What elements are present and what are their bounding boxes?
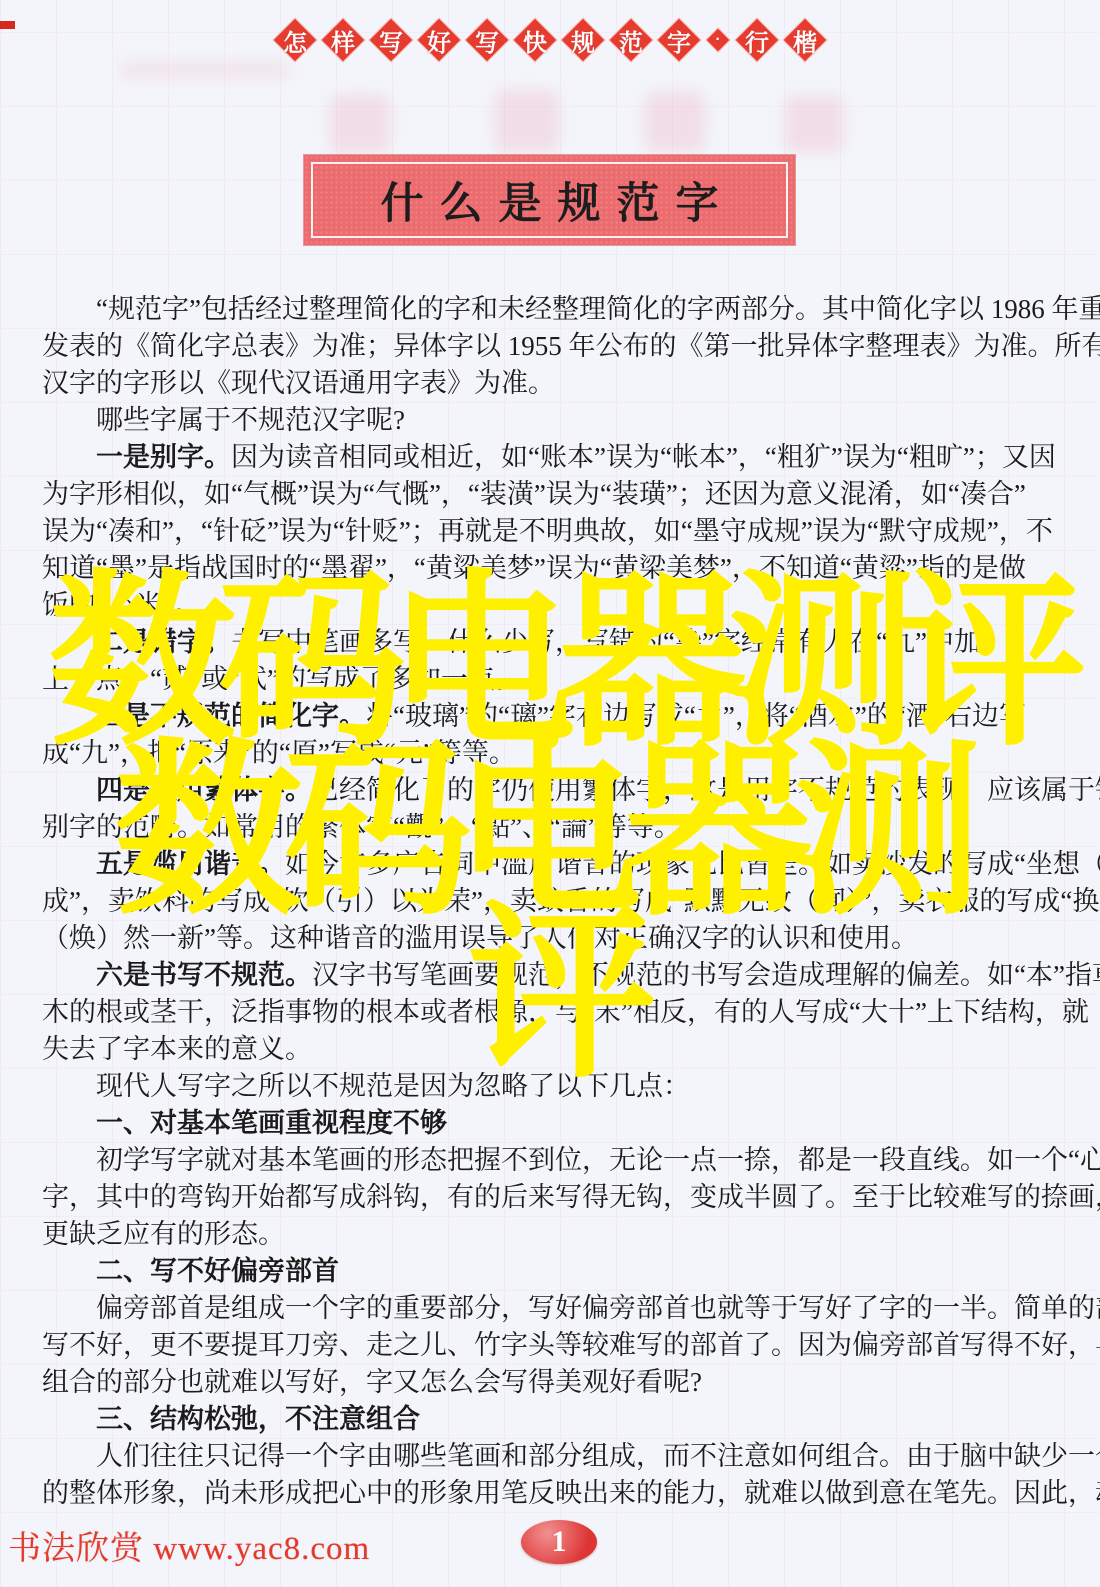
body-text-segment: 汉字的字形以《现代汉语通用字表》为准。 bbox=[42, 368, 555, 398]
title-box: 什么是规范字 bbox=[304, 155, 795, 245]
body-text-segment: 初学写字就对基本笔画的形态把握不到位，无论一点一捺，都是一段直线。如一个“心” bbox=[96, 1145, 1100, 1175]
banner-char: 快 bbox=[512, 17, 558, 63]
footer-site-link[interactable]: 书法欣赏 www.yac8.com bbox=[8, 1522, 370, 1569]
bleed-through-smudge bbox=[785, 96, 843, 152]
body-text-segment: 组合的部分也就难以写好，字又怎么会写得美观好看呢? bbox=[42, 1367, 702, 1397]
banner-diamond: 写 bbox=[368, 17, 414, 63]
body-text-segment: 人们往往只记得一个字由哪些笔画和部分组成，而不注意如何组合。由于脑中缺少一个字 bbox=[96, 1441, 1100, 1471]
header-banner: 怎样写好写快规范字·行楷 bbox=[0, 12, 1100, 68]
bold-lead-text: 三、结构松弛，不注意组合 bbox=[96, 1404, 420, 1434]
banner-char: 怎 bbox=[272, 17, 318, 63]
page-number: 1 bbox=[552, 1525, 567, 1559]
page-number-badge: 1 bbox=[521, 1520, 597, 1564]
text-line: 为字形相似，如“气概”误为“气慨”，“装潢”误为“装璜”；还因为意义混淆，如“凑… bbox=[42, 476, 1058, 513]
body-text-segment: 写不好，更不要提耳刀旁、走之儿、竹字头等较难写的部首了。因为偏旁部首写得不好，与… bbox=[42, 1330, 1100, 1360]
text-line: 一是别字。因为读音相同或相近，如“账本”误为“帐本”，“粗犷”误为“粗旷”；又因 bbox=[42, 439, 1058, 476]
banner-char: 写 bbox=[368, 17, 414, 63]
bold-lead-text: 二、写不好偏旁部首 bbox=[96, 1256, 339, 1286]
bold-lead-text: 六是书写不规范。 bbox=[96, 960, 312, 990]
banner-char: 范 bbox=[608, 17, 654, 63]
banner-diamond: 规 bbox=[560, 17, 606, 63]
text-line: 二、写不好偏旁部首 bbox=[42, 1253, 1058, 1290]
banner-diamond: 好 bbox=[416, 17, 462, 63]
body-text-segment: 失去了字本来的意义。 bbox=[42, 1034, 312, 1064]
bold-lead-text: 一是别字。 bbox=[96, 442, 231, 472]
banner-diamond: 样 bbox=[320, 17, 366, 63]
bold-lead-text: 一、对基本笔画重视程度不够 bbox=[96, 1108, 447, 1138]
text-line: 三、结构松弛，不注意组合 bbox=[42, 1401, 1058, 1438]
body-text-segment: 偏旁部首是组成一个字的重要部分，写好偏旁部首也就等于写好了字的一半。简单的部首 bbox=[96, 1293, 1100, 1323]
body-text-segment: “规范字”包括经过整理简化的字和未经整理简化的字两部分。其中简化字以 1986 … bbox=[96, 294, 1100, 324]
banner-char: 行 bbox=[734, 17, 780, 63]
text-line: 更缺乏应有的形态。 bbox=[42, 1216, 1058, 1253]
body-text-segment: 为字形相似，如“气概”误为“气慨”，“装潢”误为“装璜”；还因为意义混淆，如“凑… bbox=[42, 479, 1026, 509]
text-line: 发表的《简化字总表》为准；异体字以 1955 年公布的《第一批异体字整理表》为准… bbox=[42, 328, 1058, 365]
body-text-segment: 发表的《简化字总表》为准；异体字以 1955 年公布的《第一批异体字整理表》为准… bbox=[42, 331, 1100, 361]
body-text-segment: 更缺乏应有的形态。 bbox=[42, 1219, 285, 1249]
body-text-segment: 误为“凑和”，“针砭”误为“针贬”；再就是不明典故，如“墨守成规”误为“默守成规… bbox=[42, 516, 1053, 546]
text-line: “规范字”包括经过整理简化的字和未经整理简化的字两部分。其中简化字以 1986 … bbox=[42, 291, 1058, 328]
watermark-line-3: 评 bbox=[468, 900, 638, 1088]
bleed-through-smudge bbox=[330, 95, 390, 153]
text-line: 一、对基本笔画重视程度不够 bbox=[42, 1105, 1058, 1142]
banner-diamond: 写 bbox=[464, 17, 510, 63]
text-line: 组合的部分也就难以写好，字又怎么会写得美观好看呢? bbox=[42, 1364, 1058, 1401]
text-line: 哪些字属于不规范汉字呢? bbox=[42, 402, 1058, 439]
banner-char: 样 bbox=[320, 17, 366, 63]
text-line: 写不好，更不要提耳刀旁、走之儿、竹字头等较难写的部首了。因为偏旁部首写得不好，与… bbox=[42, 1327, 1058, 1364]
banner-diamond: 字 bbox=[656, 17, 702, 63]
text-line: 误为“凑和”，“针砭”误为“针贬”；再就是不明典故，如“墨守成规”误为“默守成规… bbox=[42, 513, 1058, 550]
text-line: 汉字的字形以《现代汉语通用字表》为准。 bbox=[42, 365, 1058, 402]
page-title: 什么是规范字 bbox=[365, 170, 735, 231]
banner-char: 规 bbox=[560, 17, 606, 63]
banner-diamond: 怎 bbox=[272, 17, 318, 63]
text-line: 的整体形象，尚未形成把心中的形象用笔反映出来的能力，就难以做到意在笔先。因此，动… bbox=[42, 1475, 1058, 1512]
body-text-segment: 的整体形象，尚未形成把心中的形象用笔反映出来的能力，就难以做到意在笔先。因此，动… bbox=[42, 1478, 1100, 1508]
text-line: 人们往往只记得一个字由哪些笔画和部分组成，而不注意如何组合。由于脑中缺少一个字 bbox=[42, 1438, 1058, 1475]
banner-char: 字 bbox=[656, 17, 702, 63]
banner-diamond: 快 bbox=[512, 17, 558, 63]
body-text-segment: 哪些字属于不规范汉字呢? bbox=[96, 405, 405, 435]
text-line: 字，其中的弯钩开始都写成斜钩，有的后来写得无钩，变成半圆了。至于比较难写的捺画，… bbox=[42, 1179, 1058, 1216]
banner-char: 好 bbox=[416, 17, 462, 63]
text-line: 初学写字就对基本笔画的形态把握不到位，无论一点一捺，都是一段直线。如一个“心” bbox=[42, 1142, 1058, 1179]
banner-char: · bbox=[704, 26, 732, 54]
body-text-segment: 因为读音相同或相近，如“账本”误为“帐本”，“粗犷”误为“粗旷”；又因 bbox=[231, 442, 1056, 472]
banner-diamond: 范 bbox=[608, 17, 654, 63]
banner-char: 写 bbox=[464, 17, 510, 63]
text-line: 偏旁部首是组成一个字的重要部分，写好偏旁部首也就等于写好了字的一半。简单的部首 bbox=[42, 1290, 1058, 1327]
body-text-segment: 汉字书写笔画要规范，不规范的书写会造成理解的偏差。如“本”指草 bbox=[312, 960, 1100, 990]
title-inner-frame: 什么是规范字 bbox=[311, 162, 788, 238]
document-page: 怎样写好写快规范字·行楷 什么是规范字 “规范字”包括经过整理简化的字和未经整理… bbox=[0, 0, 1100, 1587]
banner-diamond: 楷 bbox=[782, 17, 828, 63]
banner-separator-diamond: · bbox=[704, 26, 732, 54]
bleed-through-smudge bbox=[645, 92, 705, 152]
banner-diamond: 行 bbox=[734, 17, 780, 63]
bleed-through-smudge bbox=[495, 90, 559, 152]
banner-char: 楷 bbox=[782, 17, 828, 63]
body-text-segment: 字，其中的弯钩开始都写成斜钩，有的后来写得无钩，变成半圆了。至于比较难写的捺画，… bbox=[42, 1182, 1100, 1212]
